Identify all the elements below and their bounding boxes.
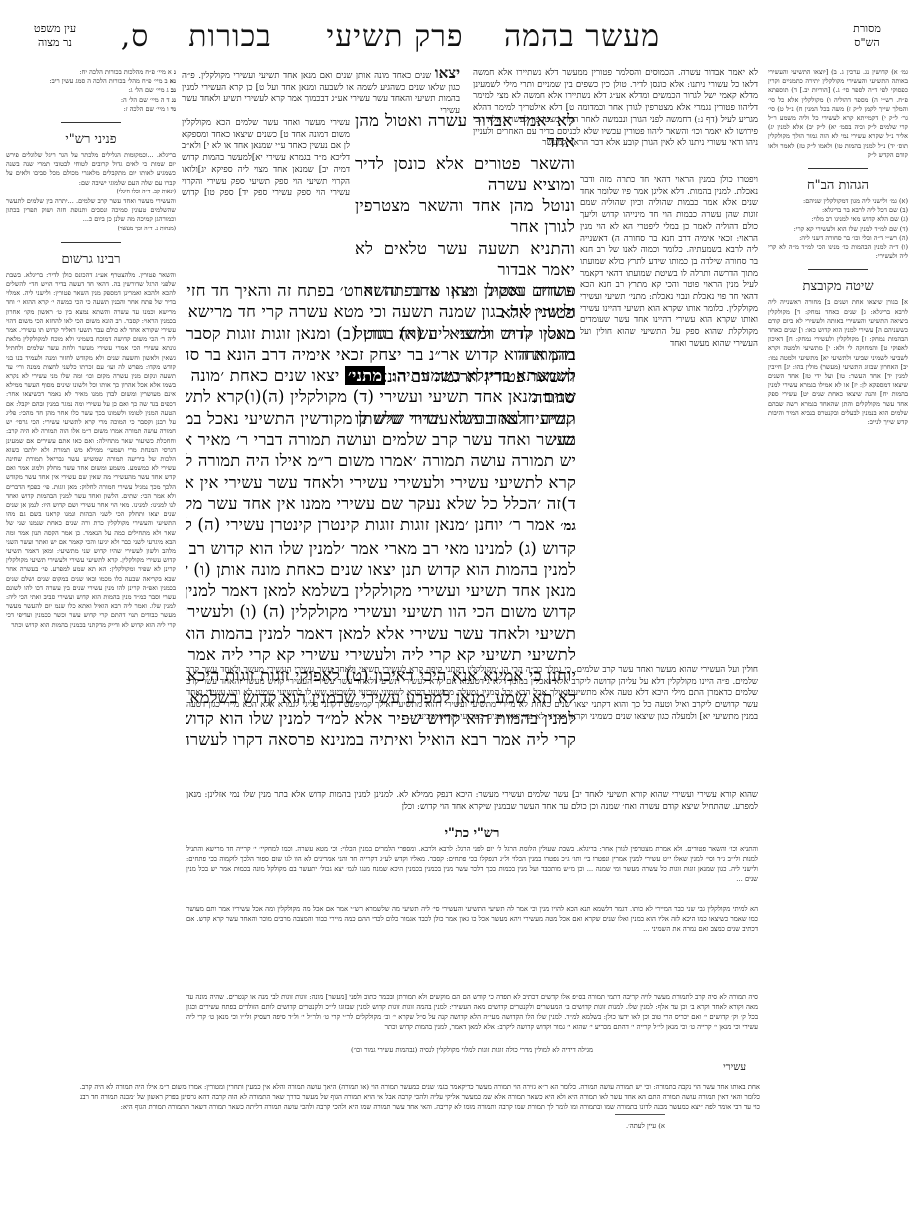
gemara-mishnah-line: לשמעתא בריגלא כשמעתיה: מתני׳ יצאו שנים כ… <box>186 365 576 386</box>
gemara-line: קדוש (ג) למנינו מאי רב מארי אמר ׳למנין ש… <box>186 538 576 559</box>
gemara-text: אמר ר׳ יוחנן ׳מנאן זוגות זוגות קינטרן קי… <box>186 515 555 534</box>
shita-mekubetzet-title: שיטה מקובצת <box>768 279 908 295</box>
gemara-text: לשמעתא בריגלא כשמעתיה: <box>391 366 576 385</box>
entry-mark: נב <box>171 86 176 94</box>
gemara-line: בהמות הוא קדוש אר״נ בר יצחק זכאי אימיה ד… <box>186 344 576 365</box>
haghot-item: (ד) שם למ״ד למנין שלו הוא ולעשירי קא קרי… <box>768 225 908 234</box>
ornament-divider <box>6 238 176 248</box>
ein-mishpat-entry: נב ג מיי׳ שם הל׳ ג: <box>6 86 176 95</box>
rashi-katy-text-3: סיה תמורה לא סיה קרב לתמורת מעשר לויה קר… <box>186 992 758 1044</box>
gemara-line: קרא לתשיעי עשירי ולעשירי עשירי ולאחד עשר… <box>186 472 576 493</box>
rabbenu-gershom-text: והשאר פטורין. מלהצטרף אע״ג דהכונס כולן ל… <box>6 271 176 630</box>
ein-mishpat-entry: נא ב מיי׳ פ״ח מהל׳ בכורות הלכה ה סמג עשי… <box>6 77 176 86</box>
ein-mishpat-label-line2: נר מצוה <box>15 36 95 50</box>
ein-mishpat-label: עין משפט נר מצוה <box>15 22 95 50</box>
rabbenu-gershom-title: רבינו גרשום <box>6 252 176 268</box>
penine-rashi-text: בריגלא. ...וכמקומות הגלילים מלכתר על הגר… <box>6 151 176 188</box>
gemara-line: מעשר ואחד עשר קרב שלמים ועושה תמורה דברי… <box>186 429 576 450</box>
rashi-katy-title: רש"י כת"י <box>186 826 758 842</box>
entry-text: ב מיי׳ פ״ח מהל׳ בכורות הלכה ה סמג עשין ר… <box>49 77 167 85</box>
shita-mekubetzet-text: א] בגורן שיצאו אחת ושנים ב] מחורה ראשניי… <box>768 298 908 427</box>
entry-text: א מיי׳ פ״ח מהלכות בכורות הלכה יח: <box>79 68 171 76</box>
gemara-line-with-label: גמ׳ אמר ר׳ יוחנן ׳מנאן זוגות זוגות קינטר… <box>186 514 576 537</box>
masoret-label-line2: הש"ס <box>832 36 902 50</box>
ein-mishpat-entry: נ א מיי׳ פ״ח מהלכות בכורות הלכה יח: <box>6 68 176 77</box>
bottom-note: כוי עד רבי אומר לפה ״יצא כמעשר מכנה לדונ… <box>80 1102 760 1112</box>
penine-rashi-text: והעשירי מעשר ואחד עשר קרב שלמים. ...יתרה… <box>6 197 176 225</box>
rashi-catchline: מגילה דידיה לא למולין מדרי כולה זוגות זו… <box>186 1045 758 1055</box>
entry-mark: נא <box>170 77 176 85</box>
tosafot-main-column: ויפטרו כולן במנין הראוי דהאי חד כתרה מזה… <box>580 175 758 595</box>
gemara-line: יש תמורה עושה תמורה ׳אמרו משום ר״מ אילו … <box>186 450 576 471</box>
gemara-line: קדוש משום הכי הוו תשיעי ועשירי מקולקלין … <box>186 601 576 622</box>
ein-mishpat-label-line1: עין משפט <box>15 22 95 36</box>
page-title-tractate: בכורות <box>170 20 290 54</box>
haghot-habach-title: הגהות הב"ח <box>768 178 908 194</box>
gemara-line: תשיעי ולאחד עשר עשירי אלא למאן דאמר למני… <box>186 623 576 644</box>
footnote-rule <box>615 1114 665 1115</box>
ornament-divider <box>768 265 908 275</box>
rashi-katy-text: והתניא וכו׳ והשאר פטורים. ולא אמרת מצטרפ… <box>186 844 758 904</box>
gemara-line: ולישני ליה כגון שמנה תשעה וכי מטא עשרה ק… <box>186 301 576 322</box>
tosafot-bottom-closing: שהוא קורא עשירי ועשירי שהוא קורא תשיעי ל… <box>186 790 758 820</box>
page-title-chapter-topic: מעשר בהמה <box>500 20 660 54</box>
folio-number: ס, <box>110 20 160 54</box>
bottom-notes: אחת באותו אחד עשר הוי נקבה בתמורה: וכי י… <box>80 1082 760 1112</box>
footnote: א) עיין לעתה׳. <box>560 1121 665 1131</box>
bottom-note: אחת באותו אחד עשר הוי נקבה בתמורה: וכי י… <box>80 1082 760 1092</box>
right-margin-column: גמ׳ א) קדושין נג. ערכין ג. ב) [יוצאו התש… <box>768 68 908 427</box>
gemara-line: והשאר פטורים אלא כונסן לדיר ומוציא עשרה <box>355 153 575 196</box>
gemara-line: פתחים עסקינן ויצאו ט׳ בפתח זה וט׳ בפתח ז… <box>186 280 576 301</box>
left-margin-column: נ א מיי׳ פ״ח מהלכות בכורות הלכה יח: נא ב… <box>6 68 176 630</box>
haghot-item: (ו) ד״ה למנין הבהמות כו׳ מנינו הכי למ״ד … <box>768 243 908 261</box>
entry-mark: נ <box>174 68 176 76</box>
entry-text: ו מיי׳ שם הלכה ז: <box>124 105 169 113</box>
gemara-line: והתניא תשעה עשר טלאים לא יאמר אבדור <box>355 238 575 281</box>
ornament-divider <box>6 118 176 128</box>
masoret-hashas-text: גמ׳ א) קדושין נג. ערכין ג. ב) [יוצאו התש… <box>768 68 908 160</box>
rashi-inset-block: עשירי מעשר ואחד עשר שלמים הכא מקולקלין מ… <box>182 118 350 198</box>
rashi-katy-text-2: הא למיתי מקולקלין גבי שני כבר המיירי לא … <box>186 904 758 992</box>
gemara-line: לא יאמר אבדור עשרה ואטול מהן אחד <box>355 110 575 153</box>
haghot-item: (א) גמ׳ ולישני ליה מגון דמקולקלין שניהם: <box>768 197 908 206</box>
gemara-line: שנים מנאן אחד תשיעי ועשירי (ד) מקולקלין … <box>186 386 576 407</box>
penine-rashi-source: (מנחות נ. ד״ה וכך מעשר) <box>6 225 176 234</box>
matni-label-badge: מתני׳ <box>345 366 385 385</box>
entry-mark: נד <box>171 105 176 113</box>
entry-text: ג מיי׳ שם הל׳ ג: <box>128 86 168 94</box>
bottom-note: כלומר והאי דאין תמורה עושה תמורה התם הא … <box>80 1092 760 1102</box>
gemara-line: תשיעי ולאחד עשר עשירי שלשתן מקודשין התשי… <box>186 408 576 429</box>
masoret-hashas-label: מסורת הש"ס <box>832 22 902 50</box>
ein-mishpat-entry: נד ו מיי׳ שם הלכה ז: <box>6 105 176 114</box>
masoret-label-line1: מסורת <box>832 22 902 36</box>
haghot-item: (ב) שם דכל ליה לרבא בר בריגלא: <box>768 206 908 215</box>
entry-text: ד ה מיי׳ שם הל׳ ה: <box>121 96 170 104</box>
ein-mishpat-entry: נג ד ה מיי׳ שם הל׳ ה: <box>6 96 176 105</box>
ornament-divider <box>768 164 908 174</box>
gemara-line: לתשיעי תשיעי קא קרי ליה ולעשירי עשירי קא… <box>186 644 576 665</box>
gemara-line: מנאן אחד תשיעי ועשירי מקולקלין בשלמא למא… <box>186 580 576 601</box>
catch-word: עשירי <box>186 1062 746 1073</box>
haghot-item: (ה) רש״י ד״ה וכלי וכו׳ בר סחורה דשני ליה… <box>768 234 908 243</box>
penine-rashi-source: (ינאות קב. ד״ה וכלו חיגלי) <box>6 188 176 197</box>
rashi-opening-word: יצאו <box>435 68 460 82</box>
entry-mark: נג <box>172 96 176 104</box>
gemara-line: ונוטל מהן אחד והשאר מצטרפין לגורן אחר <box>355 195 575 238</box>
gemara-line: למנין בהמות הוא קדוש תנן יצאו שנים כאחת … <box>186 559 576 580</box>
gemara-line: ד)זה ׳הכלל כל שלא נעקר שם עשירי ממנו אין… <box>186 493 576 514</box>
gemara-line: מאליו קדוש ולישני ליה (א) בגורן (ב) ומנא… <box>186 323 576 344</box>
penine-rashi-title: פניני רש"י <box>6 132 176 148</box>
gemara-text: יצאו שנים כאחת ׳מונה אותם (ג) שנים <box>186 366 340 385</box>
gemara-label: גמ׳ <box>560 519 576 534</box>
haghot-item: (ג) שם הלא קדוש מאי למנינו רב מלוי: <box>768 215 908 224</box>
page-title-chapter: פרק תשיעי <box>320 20 470 54</box>
tosafot-bottom-block: חולין ועל העשירי שהוא מעשר ואחד עשר קרב … <box>186 665 758 790</box>
